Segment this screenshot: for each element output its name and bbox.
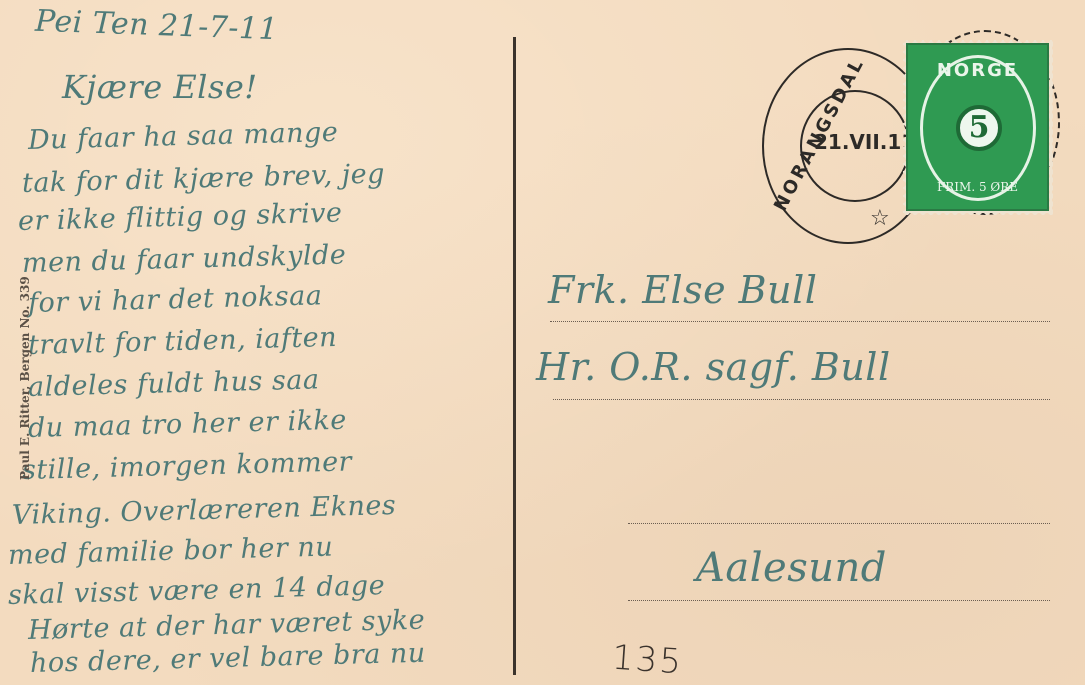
message-line: Viking. Overlæreren Eknes: [12, 490, 397, 531]
address-line-2: Hr. O.R. sagf. Bull: [536, 345, 891, 389]
message-line: er ikke flittig og skrive: [18, 198, 343, 237]
salutation: Kjære Else!: [62, 68, 258, 106]
postage-stamp: NORGE 5 FRIM. 5 ØRE: [906, 43, 1049, 211]
message-line: skal visst være en 14 dage: [8, 570, 386, 611]
stamp-caption: FRIM. 5 ØRE: [908, 180, 1047, 194]
printer-imprint: Paul E. Ritter, Bergen No. 339: [18, 276, 32, 480]
star-icon: ☆: [870, 206, 890, 231]
post-horn-icon: 5: [956, 105, 1002, 151]
message-line: tak for dit kjære brev, jeg: [22, 159, 386, 199]
message-line: med familie bor her nu: [8, 531, 334, 571]
place-date: Pei Ten 21-7-11: [34, 4, 278, 47]
message-line: men du faar undskylde: [22, 240, 347, 279]
message-line: travlt for tiden, iaften: [28, 322, 338, 361]
message-line: for vi har det noksaa: [28, 280, 323, 319]
message-line: aldeles fuldt hus saa: [28, 364, 320, 403]
message-line: Du faar ha saa mange: [28, 117, 339, 156]
center-divider: [513, 37, 516, 675]
stamp-denomination: 5: [960, 113, 998, 143]
address-dotted-line-3: [628, 523, 1050, 524]
address-city: Aalesund: [696, 545, 887, 591]
archive-number: 135: [611, 638, 685, 683]
address-dotted-line-2: [553, 399, 1050, 400]
message-line: du maa tro her er ikke: [28, 405, 348, 444]
address-line-1: Frk. Else Bull: [548, 268, 817, 312]
address-dotted-line-4: [628, 600, 1050, 601]
stamp-country: NORGE: [908, 60, 1047, 81]
postcard-back: Pei Ten 21-7-11 Kjære Else! Du faar ha s…: [0, 0, 1085, 685]
message-line: stille, imorgen kommer: [22, 446, 353, 486]
postmark-date: 21.VII.11: [814, 130, 915, 154]
address-dotted-line-1: [550, 321, 1050, 322]
